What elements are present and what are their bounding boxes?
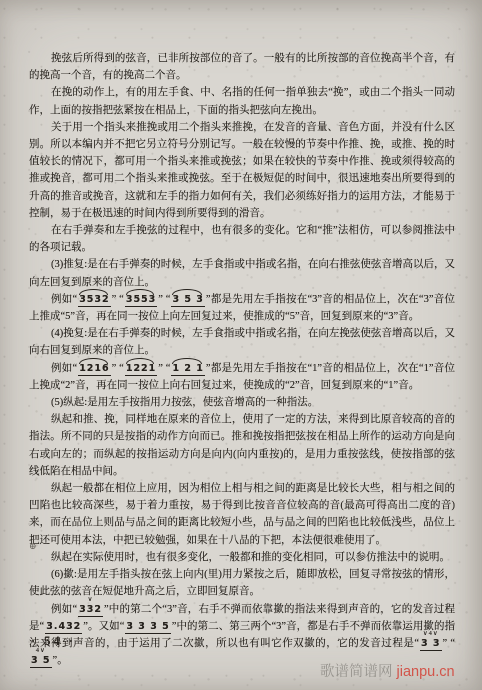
notation-digits: 1221 <box>126 363 156 374</box>
notation-digits: 332 <box>79 604 102 615</box>
text-block: 挽弦后所得到的弦音，已非所按部位的音了。一般有的比所按部的音位挽高半个音，有的挽… <box>29 50 455 669</box>
paragraph-text: 在挽的动作上，有的用左手食、中、名指的任何一指单独去“挽”，或由二个指头一同动作… <box>29 87 455 115</box>
paragraph-text: ” “ <box>158 294 170 305</box>
margin-annotation-mark: ⊕ <box>29 541 37 552</box>
paragraph-text: (5)纵起:是用左手按指用力按弦，使弦音增高的一种指法。 <box>51 397 318 408</box>
notation-press-mark: ∨ <box>78 596 103 603</box>
notation-group: 1 2 1 <box>171 363 204 376</box>
notation-digits: 3 5 <box>31 655 51 666</box>
paragraph-text: 纵起和推、挽，同样地在原来的音位上，使用了一定的方法，来得到比原音较高的音的指法… <box>29 414 455 477</box>
notation-digits: 1 2 1 <box>172 363 203 374</box>
notation-group: ∨332 <box>78 604 103 617</box>
notation-digits: 3 3 <box>421 638 441 649</box>
paragraph-text: (4)挽复:是在右手弹奏的时候，左手食指或中指或名指，在向左挽弦使弦音增高以后，… <box>29 328 455 356</box>
paragraph: 在右手弹奏和左手挽弦的过程中，也有很多的变化。它和“推”法相仿，可以参阅推法中的… <box>29 222 455 256</box>
paragraph: 例如“∨332”中的第二个“3”音，右手不弹而依靠撳的指法来得到声音的，它的发音… <box>29 601 455 670</box>
paragraph-text: ” “ <box>112 363 124 374</box>
notation-group: 3532 <box>78 294 110 307</box>
paragraph: 纵起在实际使用时，也有很多变化，一般都和推的变化相同，可以参仿推法中的说明。 <box>29 549 455 566</box>
paragraph: 在挽的动作上，有的用左手食、中、名指的任何一指单独去“挽”，或由二个指头一同动作… <box>29 84 455 118</box>
notation-digits: 3.432 <box>46 621 81 632</box>
paragraph: (5)纵起:是用左手按指用力按弦，使弦音增高的一种指法。 <box>29 394 455 411</box>
paragraph: 关于用一个指头来推挽或用二个指头来推挽，在发音的音量、音色方面，并没有什么区别。… <box>29 119 455 222</box>
paragraph-text: 纵起一般都在相位上应用，因为相位上相与相之间的距离是比较长大些，相与相之间的凹陷… <box>29 483 455 546</box>
paragraph-text: (6)撳:是用左手指头按在弦上向内(里)用力紧按之后，随即放松，回复寻常按弦的情… <box>29 569 455 597</box>
notation-digits: 3 3 3 5 <box>126 621 169 632</box>
notation-group: 1221 <box>125 363 157 376</box>
watermark-site-name: 歌谱简谱网 <box>320 664 393 680</box>
notation-group: 3 3 3 5 <box>125 621 170 634</box>
paragraph: (4)挽复:是在右手弹奏的时候，左手食指或中指或名指，在向左挽弦使弦音增高以后，… <box>29 325 455 359</box>
notation-group: ∨4∨3 3 <box>420 638 442 651</box>
notation-digits: 3532 <box>79 294 109 305</box>
paragraph-text: 在右手弹奏和左手挽弦的过程中，也有很多的变化。它和“推”法相仿，可以参阅推法中的… <box>29 225 455 253</box>
notation-press-mark: ∨4∨ <box>420 630 442 637</box>
watermark: 歌谱简谱网jianpu.cn <box>320 660 455 681</box>
notation-group: 3.432 <box>45 621 82 634</box>
paragraph-text: 例如“ <box>51 294 77 305</box>
paragraph: 挽弦后所得到的弦音，已非所按部位的音了。一般有的比所按部的音位挽高半个音，有的挽… <box>29 50 455 84</box>
paragraph-text: ” “ <box>443 638 455 649</box>
paragraph-text: 关于用一个指头来推挽或用二个指头来推挽，在发音的音量、音色方面，并没有什么区别。… <box>29 122 455 219</box>
paragraph-text: 例如“ <box>51 363 77 374</box>
paragraph-text: 例如“ <box>51 604 77 615</box>
paragraph-text: (3)推复:是在右手弹奏的时候，左手食指或中指或名指，在向右推弦使弦音增高以后，… <box>29 259 455 287</box>
paragraph-text: ” “ <box>112 294 124 305</box>
paragraph: 纵起一般都在相位上应用，因为相位上相与相之间的距离是比较长大些，相与相之间的凹陷… <box>29 480 455 549</box>
paragraph: 纵起和推、挽，同样地在原来的音位上，使用了一定的方法，来得到比原音较高的音的指法… <box>29 411 455 480</box>
notation-digits: 1216 <box>79 363 109 374</box>
scanned-page: 挽弦后所得到的弦音，已非所按部位的音了。一般有的比所按部的音位挽高半个音，有的挽… <box>0 0 482 690</box>
paragraph-text: 纵起在实际使用时，也有很多变化，一般都和推的变化相同，可以参仿推法中的说明。 <box>51 552 450 563</box>
paragraph-text: 挽弦后所得到的弦音，已非所按部位的音了。一般有的比所按部的音位挽高半个音，有的挽… <box>29 53 455 81</box>
paragraph-text: ”。又如“ <box>83 621 124 632</box>
notation-group: 3 5 3 <box>171 294 204 307</box>
paragraph: (3)推复:是在右手弹奏的时候，左手食指或中指或名指，在向右推弦使弦音增高以后，… <box>29 256 455 290</box>
paragraph-text: ” “ <box>158 363 170 374</box>
notation-digits: 3553 <box>126 294 156 305</box>
notation-group: 4∨3 5 <box>30 655 52 668</box>
watermark-site-url: jianpu.cn <box>397 664 455 680</box>
paragraph: 例如“3532” “3553” “3 5 3”都是先用左手指按在“3”音的相品位… <box>29 291 455 325</box>
paragraph-text: ”。 <box>53 655 68 666</box>
notation-group: 3553 <box>125 294 157 307</box>
page-number: · 54 · <box>31 634 76 649</box>
notation-group: 1216 <box>78 363 110 376</box>
paragraph: 例如“1216” “1221” “1 2 1”都是先用左手指按在“1”音的相品位… <box>29 360 455 394</box>
notation-digits: 3 5 3 <box>172 294 203 305</box>
